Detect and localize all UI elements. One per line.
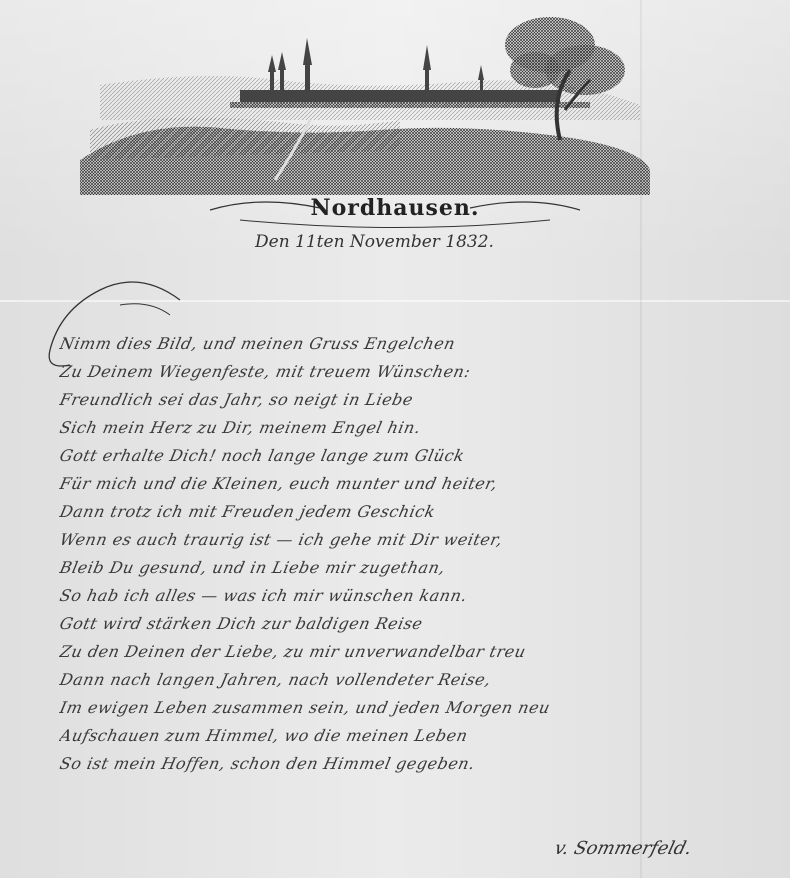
letter-line: Sich mein Herz zu Dir, meinem Engel hin. — [57, 414, 783, 442]
letter-line: Nimm dies Bild, und meinen Gruss Engelch… — [57, 330, 783, 358]
letter-line: Bleib Du gesund, und in Liebe mir zugeth… — [57, 554, 783, 582]
letterhead-title: Nordhausen. — [0, 195, 790, 221]
engraved-town-view-image — [80, 10, 650, 195]
letter-line: Wenn es auch traurig ist — ich gehe mit … — [57, 526, 783, 554]
signature: v. Sommerfeld. — [552, 838, 694, 859]
letter-line: So ist mein Hoffen, schon den Himmel geg… — [57, 750, 783, 778]
letter-line: So hab ich alles — was ich mir wünschen … — [57, 582, 783, 610]
letter-line: Aufschauen zum Himmel, wo die meinen Leb… — [57, 722, 783, 750]
date-line: Den 11ten November 1832. — [255, 232, 494, 252]
letter-line: Für mich und die Kleinen, euch munter un… — [57, 470, 783, 498]
letter-line: Zu den Deinen der Liebe, zu mir unverwan… — [57, 638, 783, 666]
letter-line: Zu Deinem Wiegenfeste, mit treuem Wünsch… — [57, 358, 783, 386]
letter-line: Freundlich sei das Jahr, so neigt in Lie… — [57, 386, 783, 414]
letter-line: Im ewigen Leben zusammen sein, und jeden… — [57, 694, 783, 722]
letter-line: Dann trotz ich mit Freuden jedem Geschic… — [57, 498, 783, 526]
letter-line: Dann nach langen Jahren, nach vollendete… — [57, 666, 783, 694]
letter-body: Nimm dies Bild, und meinen Gruss Engelch… — [60, 330, 780, 778]
letter-line: Gott erhalte Dich! noch lange lange zum … — [57, 442, 783, 470]
letter-line: Gott wird stärken Dich zur baldigen Reis… — [57, 610, 783, 638]
